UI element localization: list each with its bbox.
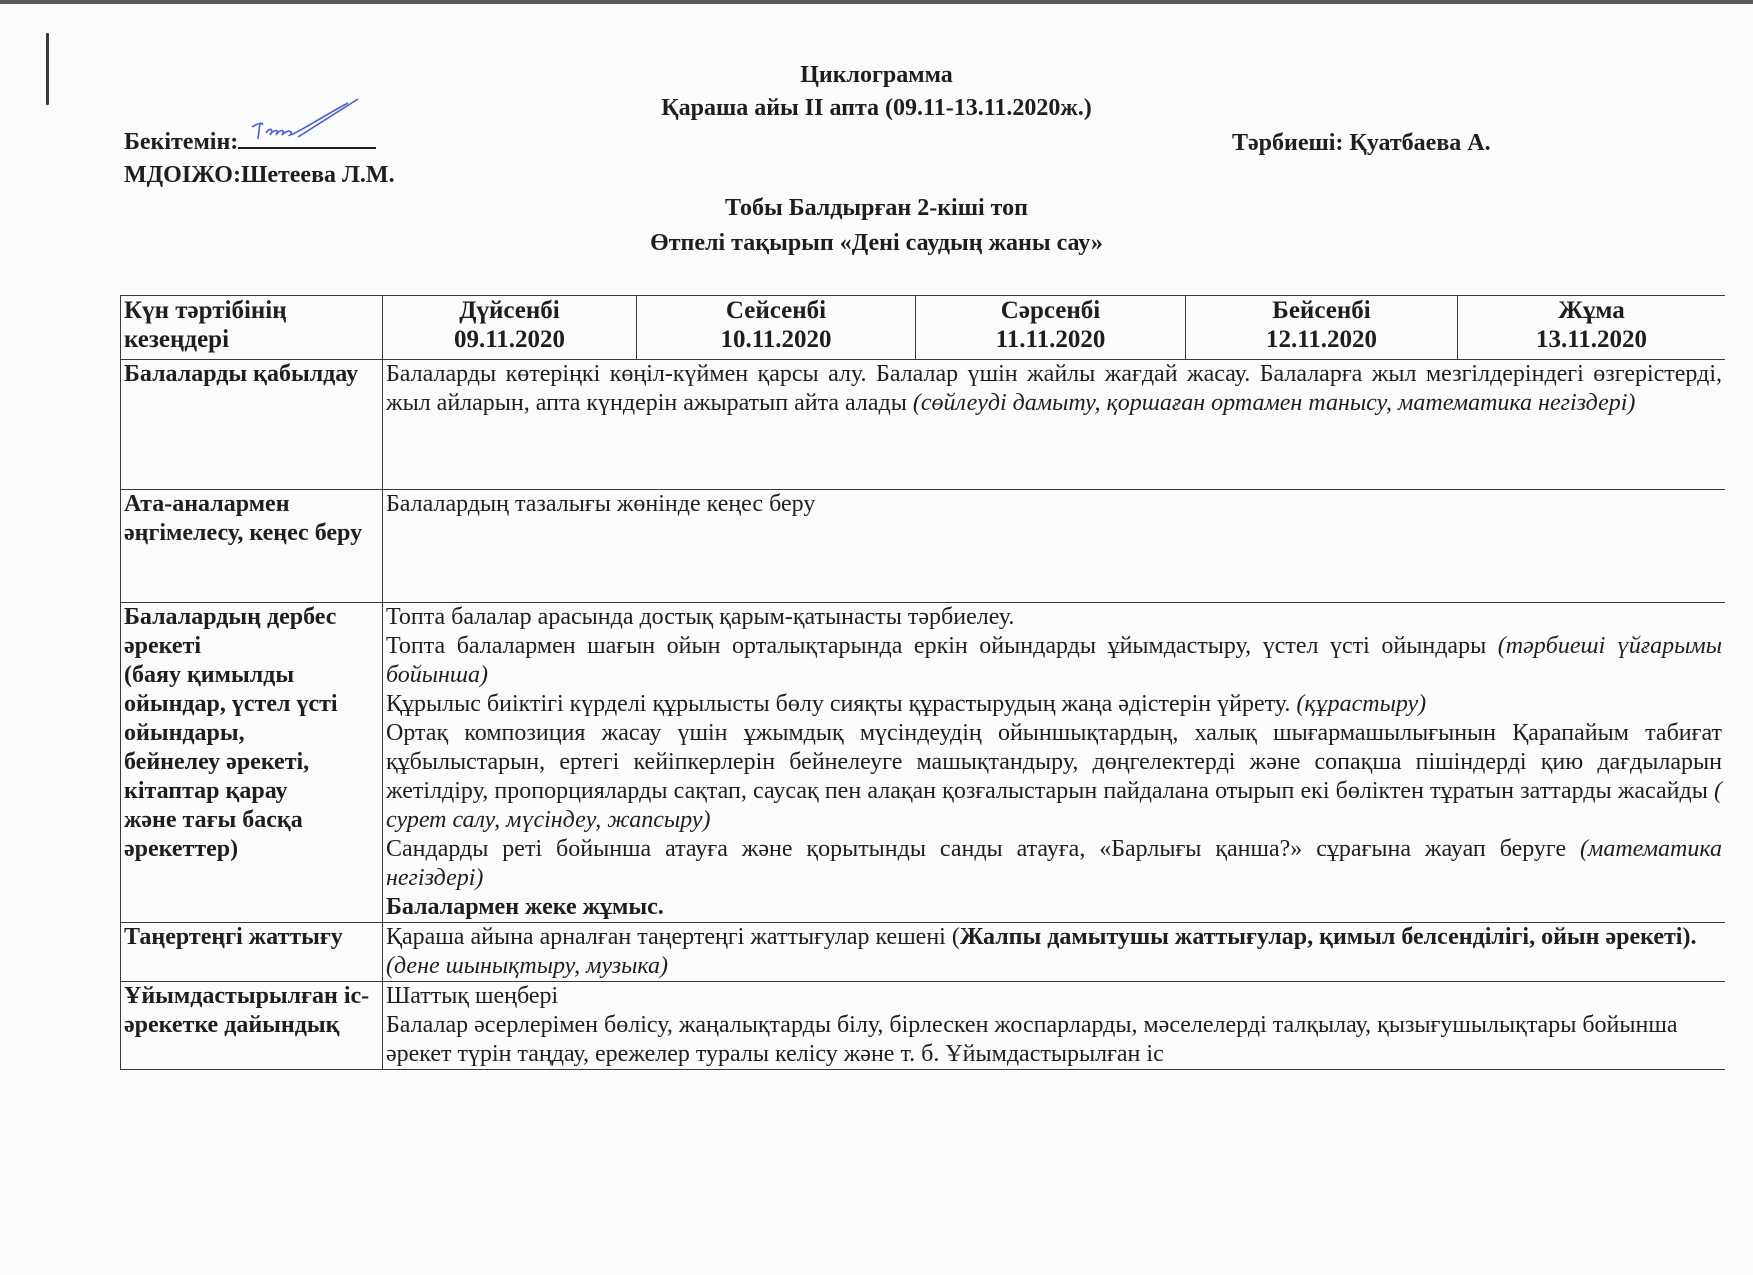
paragraph: Шаттық шеңбері [386, 982, 1722, 1011]
table-row: Балаларды қабылдау Балаларды көтеріңкі к… [121, 360, 1726, 490]
approval-block: Бекітемін: МДОІЖО:Шетеева Л.М. [124, 123, 395, 192]
approve-label: Бекітемін: [124, 129, 238, 155]
row-label: Балаларды қабылдау [121, 360, 383, 490]
row-content: Топта балалар арасында достық қарым-қаты… [383, 603, 1726, 923]
column-header-day: Сәрсенбі11.11.2020 [916, 296, 1186, 360]
table-row: Таңертеңгі жаттығу Қараша айына арналған… [121, 923, 1726, 982]
paragraph: Балалармен жеке жұмыс. [386, 893, 1722, 922]
group-name: Тобы Балдырған 2-кіші топ [0, 194, 1753, 222]
row-content: Қараша айына арналған таңертеңгі жаттығу… [383, 923, 1726, 982]
table-row: Ата-аналармен әңгімелесу, кеңес беру Бал… [121, 490, 1726, 603]
schedule-table: Күн тәртібінің кезеңдері Дүйсенбі09.11.2… [120, 295, 1725, 1070]
table-row: Ұйымдастырылған іс-әрекетке дайындық Шат… [121, 982, 1726, 1070]
teacher-name: Тәрбиеші: Қуатбаева А. [1232, 130, 1491, 157]
signature-icon [238, 89, 398, 149]
column-header-stages: Күн тәртібінің кезеңдері [121, 296, 383, 360]
paragraph: Сандарды реті бойынша атауға және қорыты… [386, 835, 1722, 893]
scan-top-edge [0, 0, 1753, 4]
column-header-day: Сейсенбі10.11.2020 [637, 296, 916, 360]
row-label: Таңертеңгі жаттығу [121, 923, 383, 982]
column-header-day: Бейсенбі12.11.2020 [1186, 296, 1458, 360]
signature-line [238, 123, 376, 149]
row-label: Ұйымдастырылған іс-әрекетке дайындық [121, 982, 383, 1070]
table-row: Балалардың дербес әрекеті (баяу қимылды … [121, 603, 1726, 923]
table-header-row: Күн тәртібінің кезеңдері Дүйсенбі09.11.2… [121, 296, 1726, 360]
row-content: Шаттық шеңбері Балалар әсерлерімен бөліс… [383, 982, 1726, 1070]
paragraph: Топта балалармен шағын ойын орталықтарын… [386, 632, 1722, 690]
row-content: Балаларды көтеріңкі көңіл-күймен қарсы а… [383, 360, 1726, 490]
paragraph: Ортақ композиция жасау үшін ұжымдық мүсі… [386, 719, 1722, 835]
paragraph: Топта балалар арасында достық қарым-қаты… [386, 603, 1722, 632]
row-content: Балалардың тазалығы жөнінде кеңес беру [383, 490, 1726, 603]
paragraph: Балалар әсерлерімен бөлісу, жаңалықтарды… [386, 1011, 1722, 1069]
document-title: Циклограмма [0, 61, 1753, 89]
column-header-day: Дүйсенбі09.11.2020 [383, 296, 637, 360]
approver-name: МДОІЖО:Шетеева Л.М. [124, 159, 395, 192]
row-label: Ата-аналармен әңгімелесу, кеңес беру [121, 490, 383, 603]
paragraph: Құрылыс биіктігі күрделі құрылысты бөлу … [386, 690, 1722, 719]
row-label: Балалардың дербес әрекеті (баяу қимылды … [121, 603, 383, 923]
column-header-day: Жұма13.11.2020 [1458, 296, 1726, 360]
theme-title: Өтпелі тақырып «Дені саудың жаны сау» [0, 229, 1753, 257]
